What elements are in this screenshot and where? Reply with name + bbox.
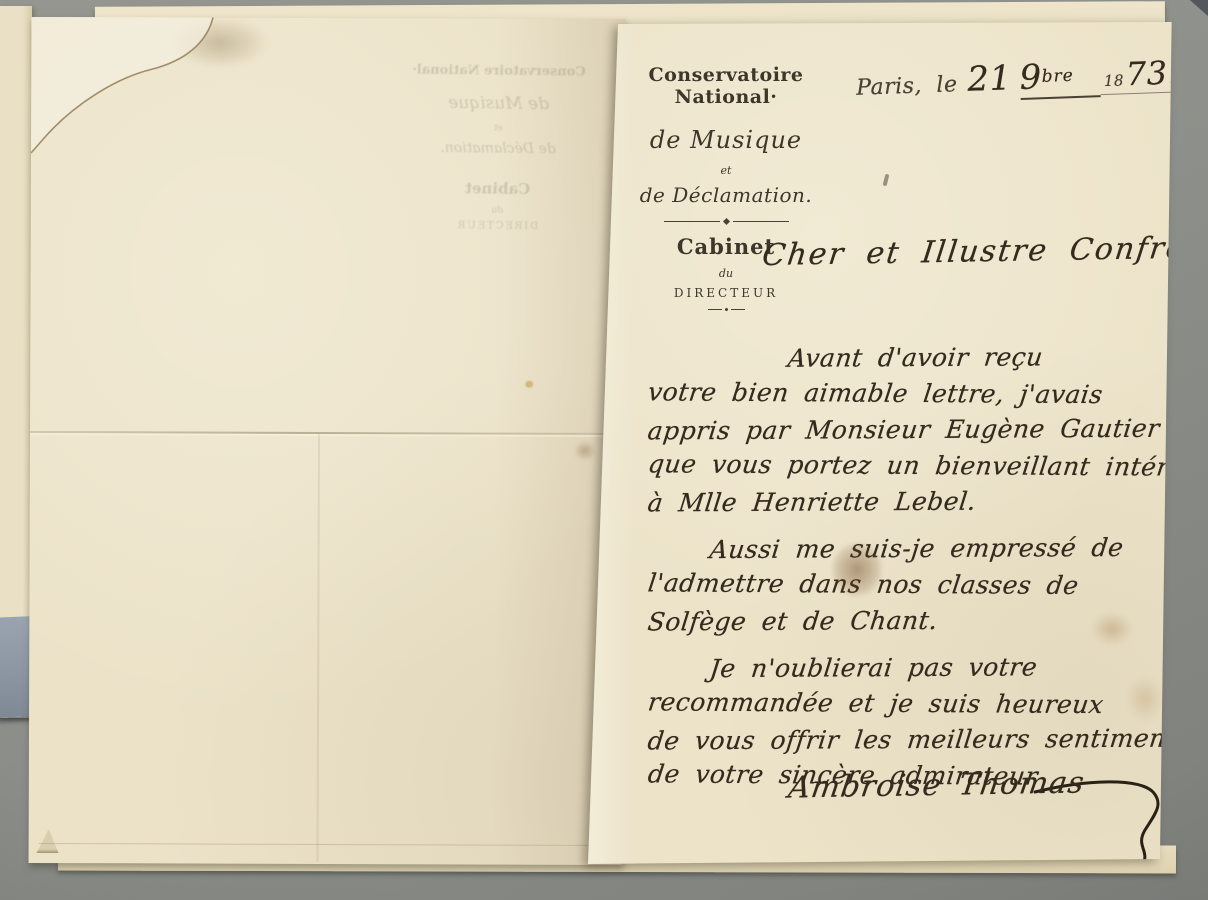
paragraph-line: l'admettre dans nos classes de [646,565,1195,604]
date-month: 9bre [1019,55,1101,100]
fold-crease-horizontal [30,431,624,435]
paragraph-line: à Mlle Henriette Lebel. [646,483,1196,522]
ghost-line: DIRECTEUR [392,220,602,233]
signature: Ambroise Thomas [786,765,1087,805]
letterhead-institution: Conservatoire National· [628,64,824,108]
letterhead-musique: de Musique [628,126,824,154]
printed-letterhead: Conservatoire National· de Musique et de… [628,64,824,311]
letterhead-et: et [628,164,824,177]
ink-smudge-stain [826,540,888,606]
ghost-line: du [392,205,602,217]
dark-corner-object [1182,0,1208,16]
ghost-line: Cabinet [392,180,602,198]
letterhead-directeur: DIRECTEUR [628,286,824,300]
date-place-printed: Paris, le [856,72,958,101]
fold-crease-vertical [317,434,320,862]
paragraph-line: recommandée et je suis heureux [646,684,1195,723]
ghost-line: de Déclamation. [393,140,603,157]
ghost-line: et [393,123,603,135]
paragraph-line: appris par Monsieur Eugène Gautier [646,411,1196,450]
paragraph-line: votre bien aimable lettre, j'avais [646,374,1195,413]
underlying-sheet-left-edge [0,6,32,718]
ghost-line: de Musique [393,94,603,114]
bottom-sheet-edge-line [39,843,609,846]
paragraph-line: Je n'oublierai pas votre [646,649,1196,688]
letter-recto-page: Conservatoire National· de Musique et de… [588,22,1174,864]
ornament-divider-small [628,308,824,311]
paragraph-line: que vous portez un bienveillant intérêt [646,446,1195,485]
dog-ear-fold [37,829,59,853]
photographed-letter-scene: Conservatoire National· de Musique et de… [0,0,1208,900]
foxing-stain [1122,670,1168,728]
paragraph-line: Aussi me suis-je empressé de [646,530,1196,569]
dateline: Paris, le 21 9bre 1873. [855,52,1183,105]
torn-corner-crack [31,17,292,178]
letter-verso-page: Conservatoire National· de Musique et de… [29,17,626,865]
letter-body: Avant d'avoir reçu votre bien aimable le… [648,340,1193,805]
foxing-stain [1086,608,1138,650]
paragraph-line: Avant d'avoir reçu [646,339,1196,378]
recto-paper: Conservatoire National· de Musique et de… [588,22,1174,864]
paragraph: Avant d'avoir reçu votre bien aimable le… [648,340,1193,520]
date-century-printed: 18 [1104,71,1125,90]
letterhead-showthrough: Conservatoire National· de Musique et de… [392,63,604,233]
ornament-divider [628,219,824,224]
ink-speck [883,174,890,187]
date-year: 1873. [1099,53,1183,95]
letterhead-declamation: de Déclamation. [628,183,824,207]
salutation: Cher et Illustre Confrère, [760,230,1208,273]
foxing-spot [525,381,533,388]
date-day: 21 [967,58,1013,100]
date-year-written: 73. [1125,53,1179,93]
paragraph-line: de vous offrir les meilleurs sentiments [646,721,1196,760]
ghost-line: Conservatoire National· [394,63,604,79]
